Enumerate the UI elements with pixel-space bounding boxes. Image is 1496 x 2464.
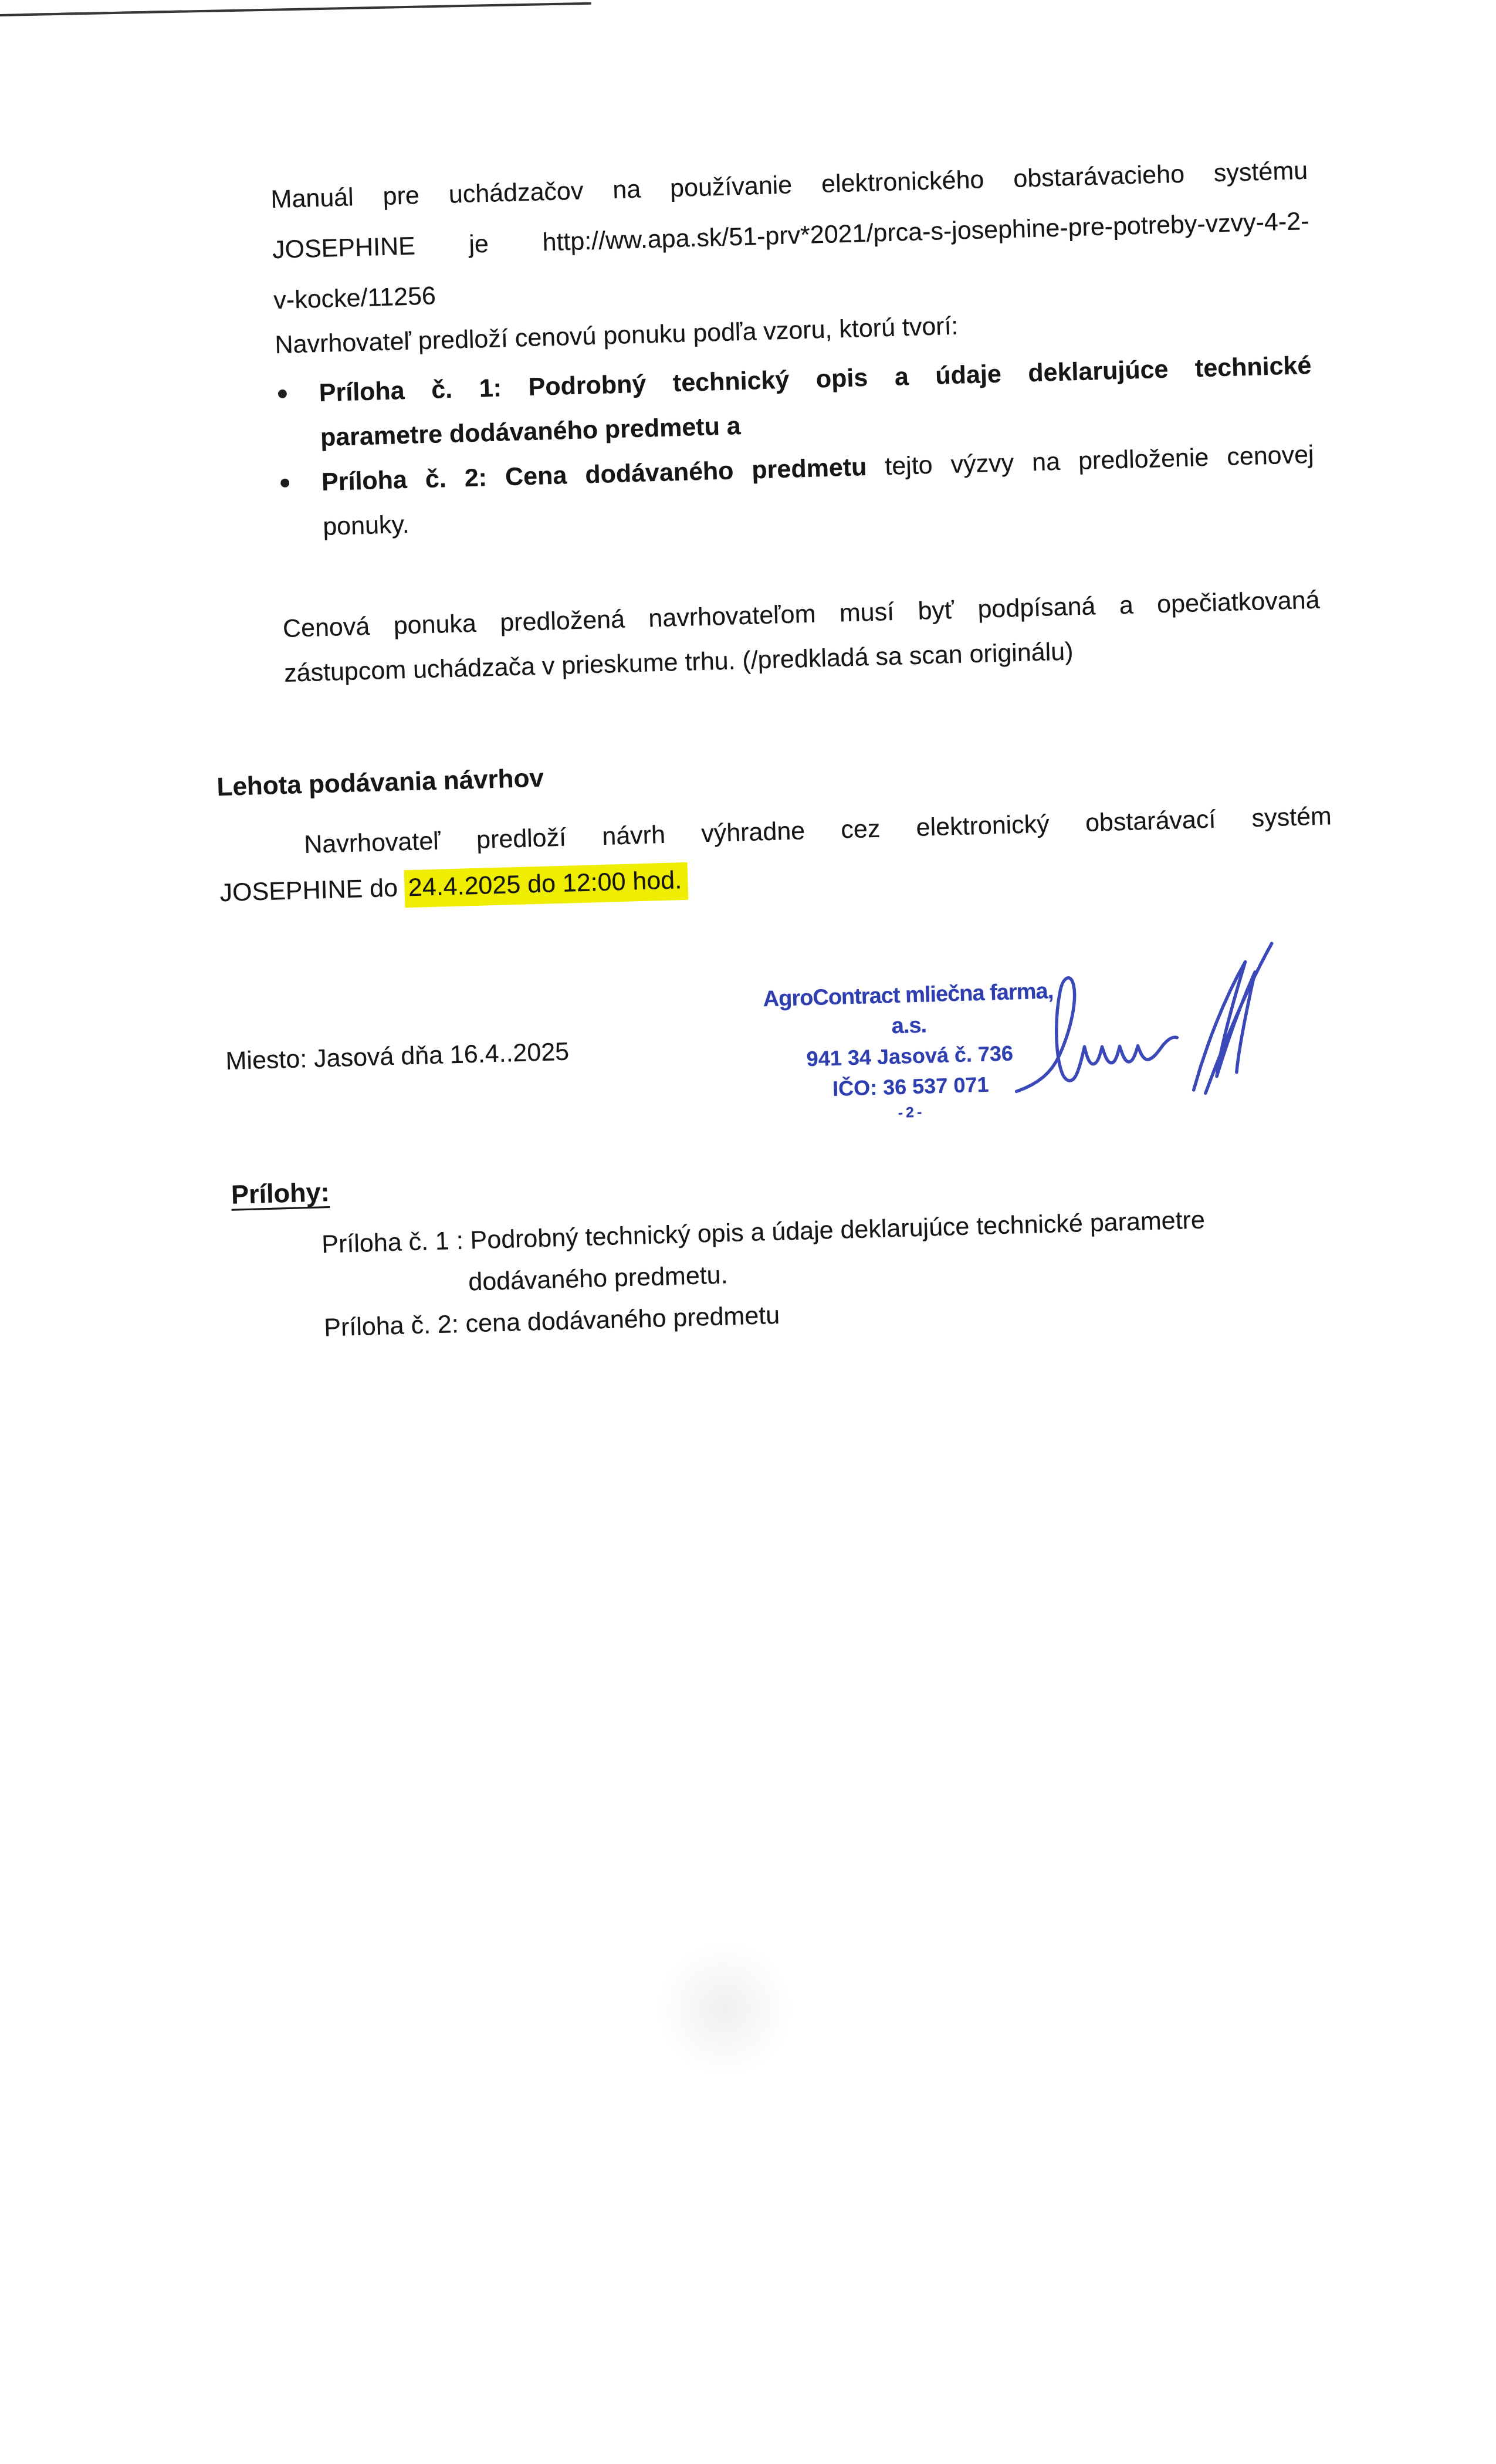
scan-smudge bbox=[657, 1942, 792, 2077]
attachments-heading: Prílohy: bbox=[231, 1177, 330, 1210]
deadline-heading: Lehota podávania návrhov bbox=[216, 764, 544, 803]
bullet-list: Príloha č. 1: Podrobný technický opis a … bbox=[277, 343, 1316, 550]
bullet-dot-icon bbox=[277, 371, 319, 398]
deadline-highlighted-date: 24.4.2025 do 12:00 hod. bbox=[404, 862, 688, 908]
signature bbox=[1004, 929, 1314, 1113]
deadline-line-2-prefix: JOSEPHINE do bbox=[219, 874, 405, 907]
scanned-document-page: Manuál pre uchádzačov na používanie elek… bbox=[0, 0, 1496, 2464]
place-date-line: Miesto: Jasová dňa 16.4..2025 bbox=[225, 1038, 570, 1076]
bullet-dot-icon bbox=[280, 460, 321, 488]
bullet-2-rest-text: tejto výzvy na predloženie cenovej bbox=[885, 441, 1314, 480]
attachments-list: Príloha č. 1 : Podrobný technický opis a… bbox=[321, 1199, 1207, 1349]
document-content: Manuál pre uchádzačov na používanie elek… bbox=[0, 0, 1496, 2463]
signature-scrawl bbox=[1013, 975, 1178, 1092]
deadline-paragraph: Navrhovateľ predloží návrh výhradne cez … bbox=[218, 793, 1333, 916]
signing-note-paragraph: Cenová ponuka predložená navrhovateľom m… bbox=[282, 578, 1322, 696]
signature-flourish bbox=[1190, 943, 1276, 1094]
bullet-2-bold-text: Príloha č. 2: Cena dodávaného predmetu bbox=[321, 453, 867, 496]
